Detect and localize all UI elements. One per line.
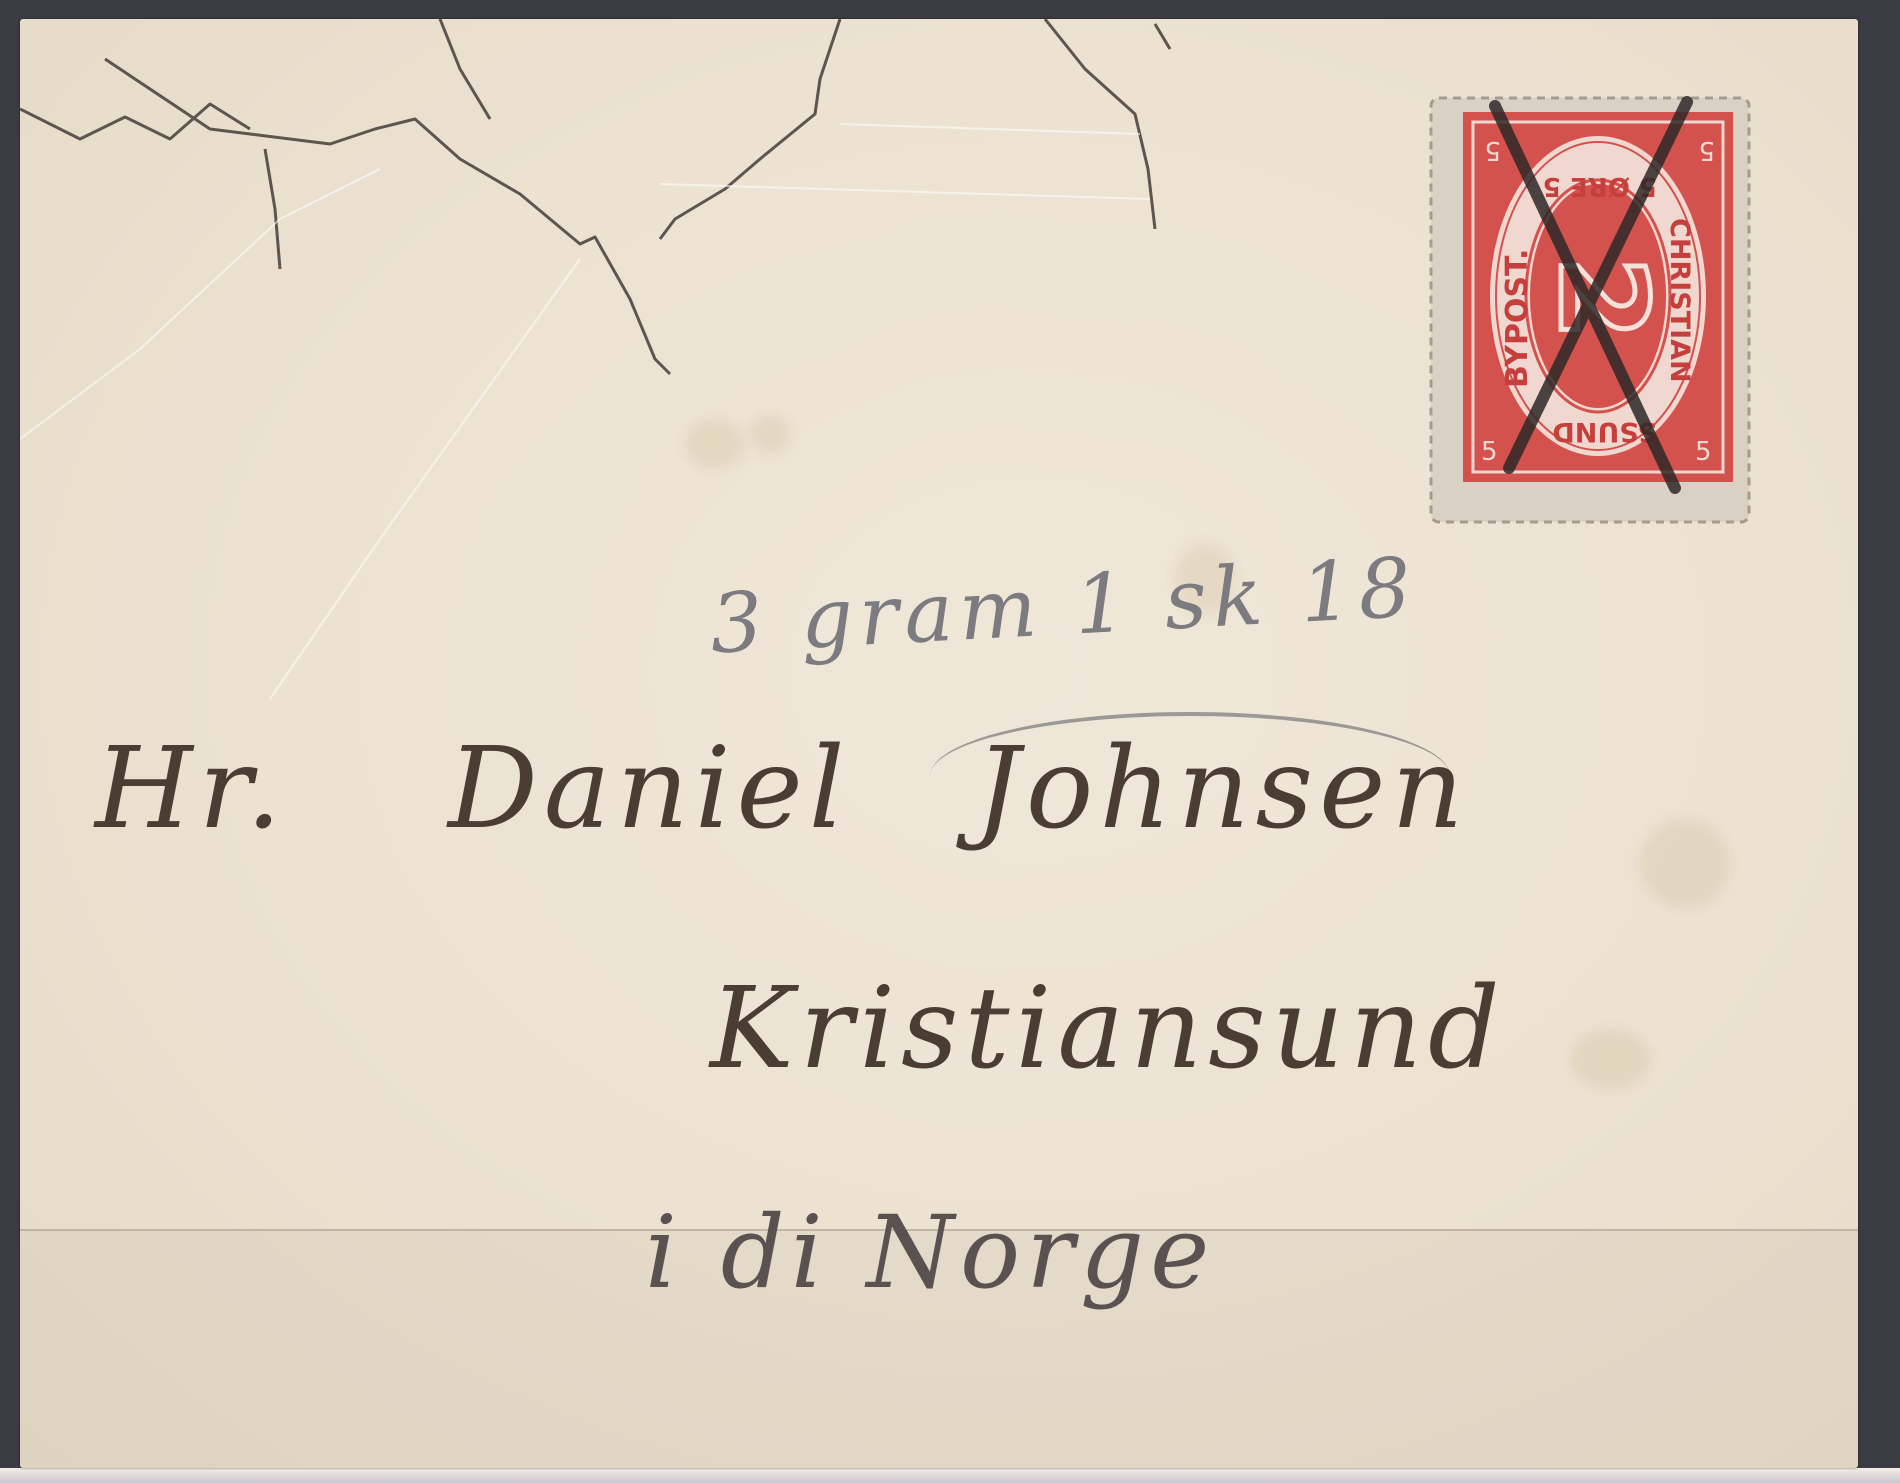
- stamp-artwork: BYPOST. CHRISTIAN SSUND 5 ØRE 5 5 5 5 5 …: [1425, 88, 1755, 530]
- scan-bottom-strip: [0, 1468, 1900, 1483]
- address-first-name: Daniel: [448, 724, 851, 854]
- svg-text:5: 5: [1481, 437, 1498, 467]
- stain: [1570, 1029, 1650, 1089]
- envelope: BYPOST. CHRISTIAN SSUND 5 ØRE 5 5 5 5 5 …: [20, 19, 1858, 1468]
- stain: [1640, 819, 1730, 909]
- address-country: i di Norge: [645, 1194, 1215, 1311]
- address-last-name: Johnsen: [975, 724, 1469, 854]
- address-salutation: Hr.: [95, 724, 288, 854]
- svg-text:BYPOST.: BYPOST.: [1500, 249, 1535, 388]
- svg-text:5: 5: [1698, 135, 1715, 165]
- stain: [750, 414, 790, 454]
- address-city: Kristiansund: [710, 964, 1506, 1094]
- svg-text:5: 5: [1695, 437, 1712, 467]
- postage-stamp: BYPOST. CHRISTIAN SSUND 5 ØRE 5 5 5 5 5 …: [1425, 88, 1755, 530]
- stain: [685, 419, 745, 469]
- svg-text:5: 5: [1484, 135, 1501, 165]
